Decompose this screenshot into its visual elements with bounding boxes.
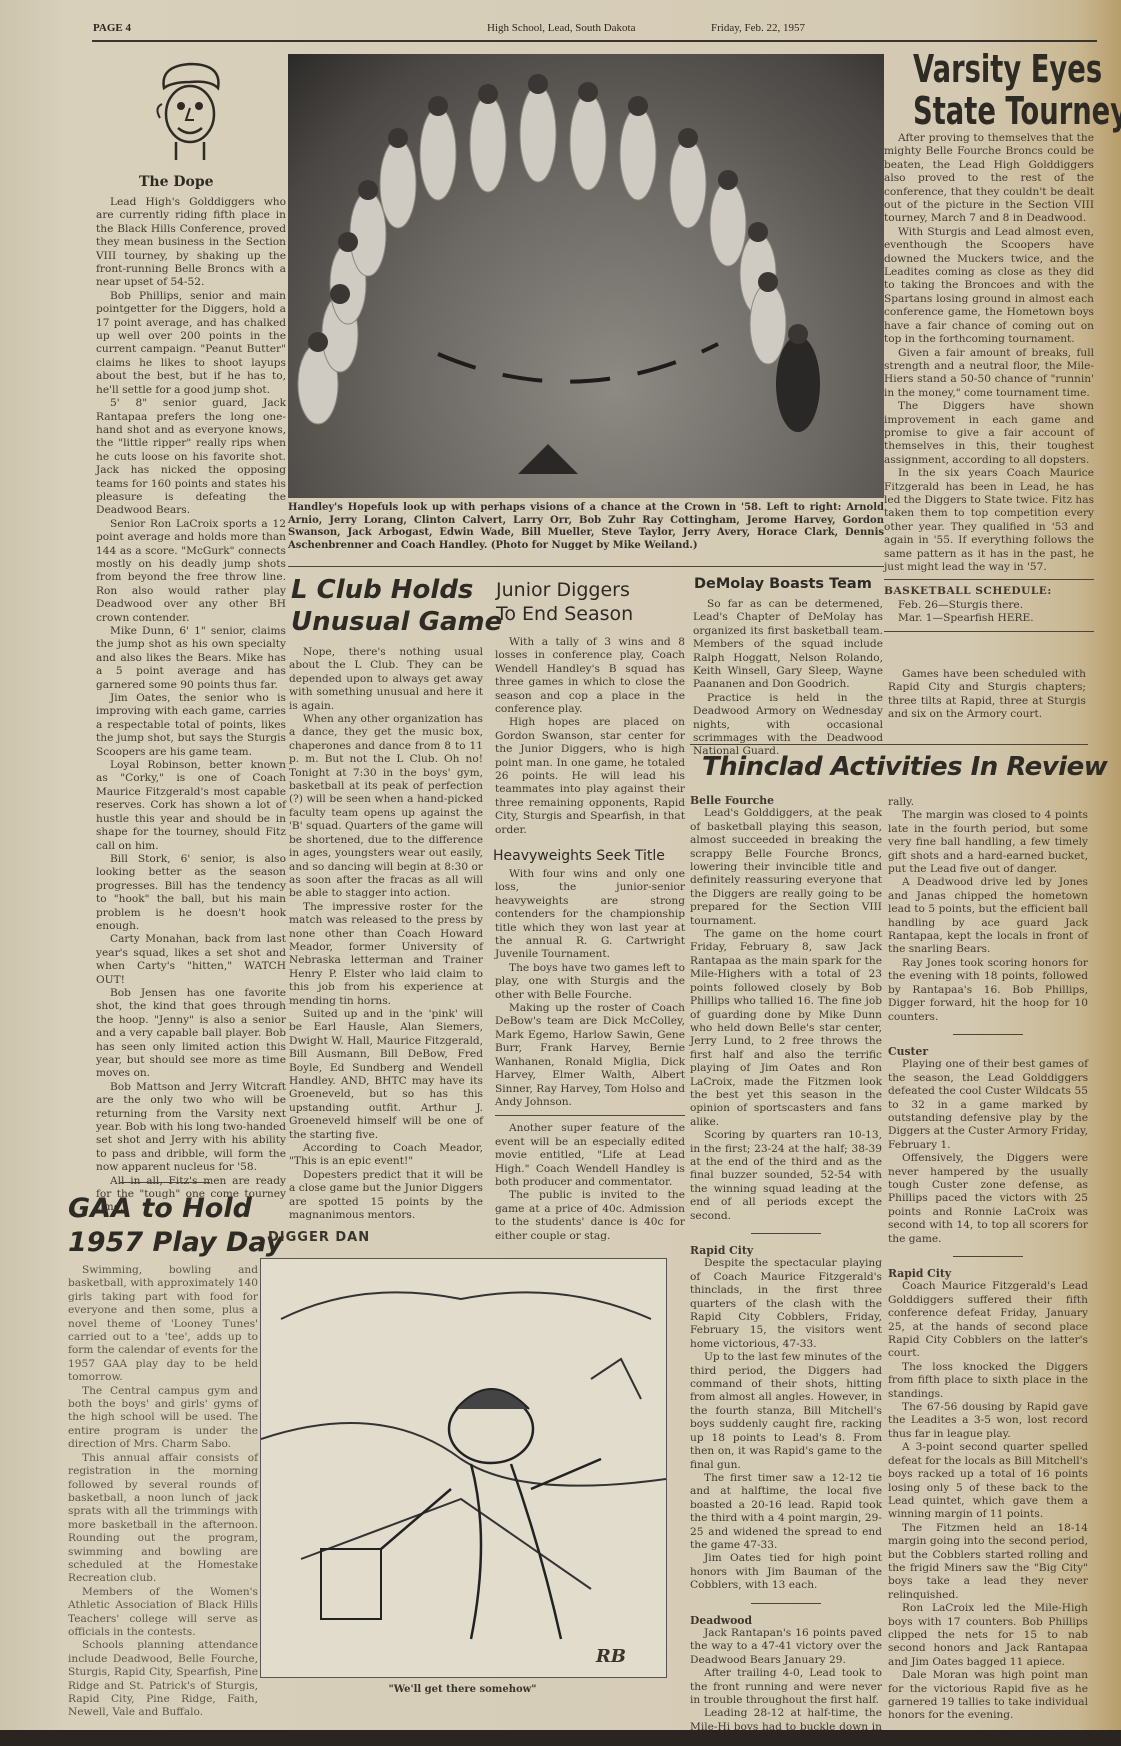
varsity-article: After proving to themselves that the mig… [884,132,1094,637]
lclub-paragraph: Suited up and in the 'pink' will be Earl… [289,1008,483,1142]
thinclad-paragraph: The 67-56 dousing by Rapid gave the Lead… [888,1401,1088,1441]
junior-paragraph: High hopes are placed on Gordon Swanson,… [495,716,685,837]
lclub-headline: L Club Holds Unusual Game [291,574,502,638]
thinclad-paragraph: Offensively, the Diggers were never hamp… [888,1152,1088,1246]
cartoon-signature: RB [596,1646,626,1667]
issue-date: Friday, Feb. 22, 1957 [711,22,805,34]
section-rule [751,1603,821,1604]
schedule-title: BASKETBALL SCHEDULE: [884,585,1094,598]
dope-article: Lead High's Golddiggers who are currentl… [96,196,286,1215]
gaa-paragraph: Swimming, bowling and basketball, with a… [68,1264,258,1385]
dope-paragraph: Bob Jensen has one favorite shot, the ki… [96,987,286,1081]
thinclad-paragraph: Dale Moran was high point man for the vi… [888,1669,1088,1723]
photo-caption: Handley's Hopefuls look up with perhaps … [288,502,884,552]
dope-paragraph: Senior Ron LaCroix sports a 12 point ave… [96,518,286,625]
junior-headline: Junior Diggers To End Season [496,578,633,626]
thinclad-paragraph: The game on the home court Friday, Febru… [690,928,882,1129]
lclub-article: Nope, there's nothing usual about the L … [289,646,483,1222]
heavyweights-article: With four wins and only one loss, the ju… [495,868,685,1243]
dope-title: The Dope [139,174,214,190]
lclub-paragraph: Nope, there's nothing usual about the L … [289,646,483,713]
thinclad-paragraph: Despite the spectacular playing of Coach… [690,1257,882,1351]
thinclad-paragraph: Up to the last few minutes of the third … [690,1351,882,1472]
section-rule [120,1182,210,1183]
gaa-article: Swimming, bowling and basketball, with a… [68,1264,258,1720]
junior-paragraph: With a tally of 3 wins and 8 losses in c… [495,636,685,716]
thinclad-paragraph: Coach Maurice Fitzgerald's Lead Golddigg… [888,1280,1088,1360]
thinclad-col2: rally. The margin was closed to 4 points… [888,796,1088,1723]
varsity-paragraph: The Diggers have shown improvement in ea… [884,400,1094,467]
gaa-headline: GAA to Hold 1957 Play Day [68,1192,283,1260]
thinclad-paragraph: Jim Oates tied for high point honors wit… [690,1552,882,1592]
varsity-headline-line2: State Tourney [913,90,1121,132]
thinclad-paragraph: After trailing 4-0, Lead took to the fro… [690,1667,882,1707]
lclub-headline-line1: L Club Holds [291,574,502,606]
dope-paragraph: 5' 8" senior guard, Jack Rantapaa prefer… [96,397,286,518]
schedule-rule [884,631,1094,632]
demolay-games-note: Games have been scheduled with Rapid Cit… [888,668,1086,722]
varsity-headline-line1: Varsity Eyes [913,48,1121,90]
thinclad-paragraph: The first timer saw a 12-12 tie and at h… [690,1472,882,1552]
thinclad-paragraph: Playing one of their best games of the s… [888,1058,1088,1152]
subhead-rapid-city: Rapid City [690,1244,882,1257]
thinclad-paragraph: Jack Rantapan's 16 points paved the way … [690,1627,882,1667]
gaa-paragraph: Members of the Women's Athletic Associat… [68,1586,258,1640]
section-rule [953,1256,1023,1257]
thinclad-paragraph: A 3-point second quarter spelled defeat … [888,1441,1088,1521]
heavyweights-paragraph: The boys have two games left to play, on… [495,962,685,1002]
dope-paragraph: Bob Phillips, senior and main pointgette… [96,290,286,397]
demolay-paragraph: So far as can be determened, Lead's Chap… [693,598,883,692]
thinclad-paragraph: A Deadwood drive led by Jones and Janas … [888,876,1088,956]
schedule-item: Mar. 1—Spearfish HERE. [884,612,1094,625]
newspaper-page: PAGE 4 High School, Lead, South Dakota F… [0,0,1121,1746]
gaa-paragraph: Schools planning attendance include Dead… [68,1639,258,1719]
gaa-headline-line1: GAA to Hold [68,1192,283,1226]
gaa-paragraph: This annual affair consists of registrat… [68,1452,258,1586]
thinclad-paragraph: Scoring by quarters ran 10-13, in the fi… [690,1129,882,1223]
demolay-paragraph: Practice is held in the Deadwood Armory … [693,692,883,759]
gaa-paragraph: The Central campus gym and both the boys… [68,1385,258,1452]
thinclad-paragraph: The loss knocked the Diggers from fifth … [888,1361,1088,1401]
lclub-continued-paragraph: Another super feature of the event will … [495,1122,685,1189]
varsity-paragraph: In the six years Coach Maurice Fitzgeral… [884,467,1094,574]
thinclad-paragraph: Lead's Golddiggers, at the peak of baske… [690,807,882,928]
lclub-continued-paragraph: The public is invited to the game at a p… [495,1189,685,1243]
dope-paragraph: Carty Monahan, back from last year's squ… [96,933,286,987]
lclub-paragraph: The impressive roster for the match was … [289,901,483,1008]
varsity-paragraph: After proving to themselves that the mig… [884,132,1094,226]
page-bottom-edge [0,1730,1121,1746]
varsity-headline: Varsity Eyes State Tourney [913,48,1121,132]
lclub-paragraph: Dopesters predict that it will be a clos… [289,1169,483,1223]
cartoon-heading: DIGGER DAN [268,1230,370,1245]
heavyweights-paragraph: Making up the roster of Coach DeBow's te… [495,1002,685,1109]
dope-paragraph: Bob Mattson and Jerry Witcraft are the o… [96,1081,286,1175]
lclub-paragraph: When any other organization has a dance,… [289,713,483,901]
schedule-rule [884,579,1094,580]
gaa-headline-line2: 1957 Play Day [68,1226,283,1260]
dope-paragraph: Lead High's Golddiggers who are currentl… [96,196,286,290]
dope-mascot-icon [150,58,230,168]
digger-dan-cartoon: RB [260,1258,667,1678]
dope-paragraph: Loyal Robinson, better known as "Corky,"… [96,759,286,853]
thinclad-paragraph: The margin was closed to 4 points late i… [888,809,1088,876]
subhead-custer: Custer [888,1045,1088,1058]
publication-line: High School, Lead, South Dakota [487,22,635,34]
cartoon-caption: "We'll get there somehow" [260,1684,665,1695]
dope-paragraph: Mike Dunn, 6' 1" senior, claims the jump… [96,625,286,692]
dope-paragraph: Bill Stork, 6' senior, is also looking b… [96,853,286,933]
junior-headline-line1: Junior Diggers [496,578,633,602]
page-number: PAGE 4 [93,22,131,34]
schedule-item: Feb. 26—Sturgis there. [884,599,1094,612]
thinclad-headline: Thinclad Activities In Review [702,752,1107,782]
subhead-deadwood: Deadwood [690,1614,882,1627]
thinclad-paragraph: Ray Jones took scoring honors for the ev… [888,957,1088,1024]
thinclad-paragraph: Ron LaCroix led the Mile-High boys with … [888,1602,1088,1669]
heavyweights-headline: Heavyweights Seek Title [493,848,665,864]
junior-article: With a tally of 3 wins and 8 losses in c… [495,636,685,837]
section-rule [953,1034,1023,1035]
caption-rule [288,566,884,567]
thinclad-top-rule [690,744,1088,745]
varsity-paragraph: With Sturgis and Lead almost even, event… [884,226,1094,347]
lclub-paragraph: According to Coach Meador, "This is an e… [289,1142,483,1169]
lclub-headline-line2: Unusual Game [291,606,502,638]
team-photo [288,54,884,498]
varsity-paragraph: Given a fair amount of breaks, full stre… [884,347,1094,401]
heavyweights-paragraph: With four wins and only one loss, the ju… [495,868,685,962]
junior-headline-line2: To End Season [496,602,633,626]
demolay-article: So far as can be determened, Lead's Chap… [693,598,883,759]
subhead-rapid-city-2: Rapid City [888,1267,1088,1280]
header-rule [92,40,1097,42]
demolay-headline: DeMolay Boasts Team [694,576,872,592]
subhead-belle-fourche: Belle Fourche [690,794,882,807]
thinclad-col1: Belle Fourche Lead's Golddiggers, at the… [690,792,882,1746]
section-rule [495,1115,685,1116]
thinclad-continued: rally. [888,796,1088,809]
section-rule [751,1233,821,1234]
thinclad-paragraph: The Fitzmen held an 18-14 margin going i… [888,1522,1088,1602]
demolay-article-continued: Games have been scheduled with Rapid Cit… [888,668,1086,722]
dope-paragraph: Jim Oates, the senior who is improving w… [96,692,286,759]
